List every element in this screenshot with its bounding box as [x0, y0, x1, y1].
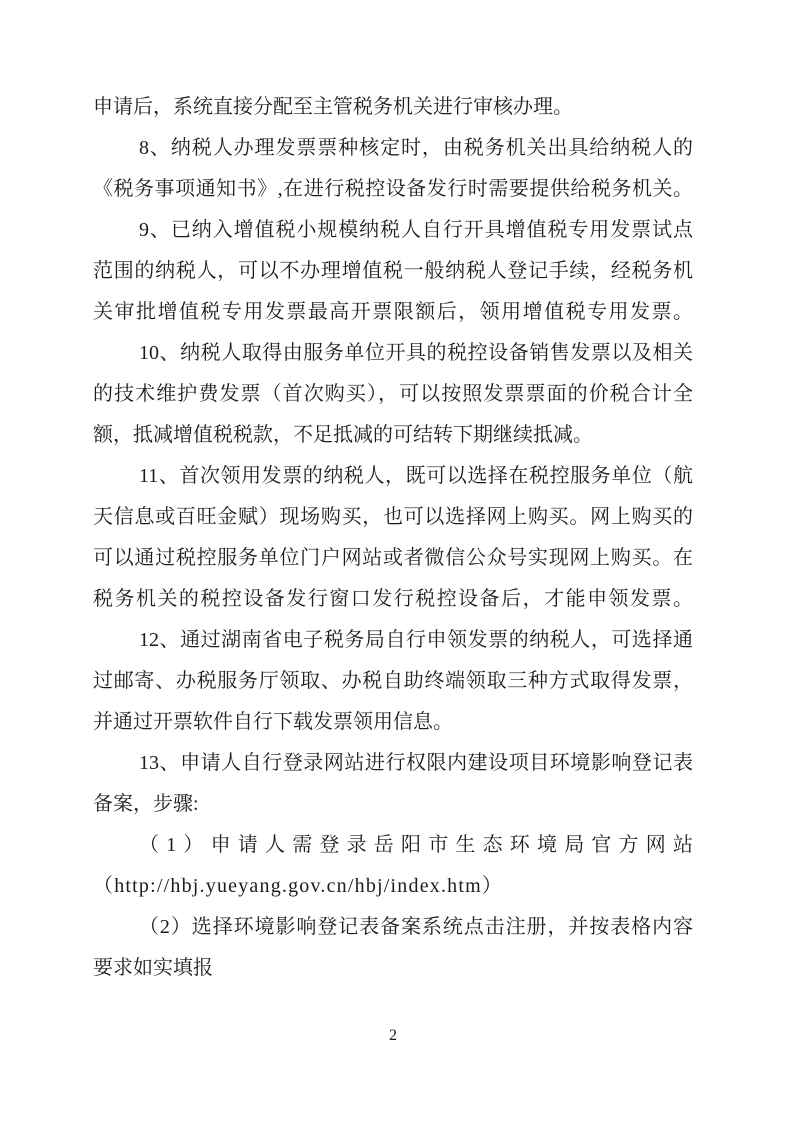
document-line: 10、纳税人取得由服务单位开具的税控设备销售发票以及相关: [93, 333, 693, 374]
document-line: 并通过开票软件自行下载发票领用信息。: [93, 702, 693, 743]
document-page: 申请后，系统直接分配至主管税务机关进行审核办理。 8、纳税人办理发票票种核定时，…: [0, 0, 793, 1122]
document-line: 天信息或百旺金赋）现场购买，也可以选择网上购买。网上购买的: [93, 497, 693, 538]
document-line: 8、纳税人办理发票票种核定时，由税务机关出具给纳税人的: [93, 128, 693, 169]
document-line: 的技术维护费发票（首次购买），可以按照发票票面的价税合计全: [93, 374, 693, 415]
document-line: 范围的纳税人，可以不办理增值税一般纳税人登记手续，经税务机: [93, 251, 693, 292]
document-line: 过邮寄、办税服务厅领取、办税自助终端领取三种方式取得发票，: [93, 661, 693, 702]
document-line: 要求如实填报: [93, 948, 693, 989]
document-line: 额，抵减增值税税款，不足抵减的可结转下期继续抵减。: [93, 415, 693, 456]
document-line: 《税务事项通知书》,在进行税控设备发行时需要提供给税务机关。: [93, 169, 693, 210]
document-line: 11、首次领用发票的纳税人，既可以选择在税控服务单位（航: [93, 456, 693, 497]
document-line: 关审批增值税专用发票最高开票限额后，领用增值税专用发票。: [93, 292, 693, 333]
page-number: 2: [93, 1026, 693, 1046]
document-line: （2）选择环境影响登记表备案系统点击注册，并按表格内容: [93, 907, 693, 948]
document-line-url: （http://hbj.yueyang.gov.cn/hbj/index.htm…: [93, 866, 693, 907]
document-line: （1）申请人需登录岳阳市生态环境局官方网站: [93, 825, 693, 866]
document-line: 12、通过湖南省电子税务局自行申领发票的纳税人，可选择通: [93, 620, 693, 661]
document-line: 13、申请人自行登录网站进行权限内建设项目环境影响登记表: [93, 743, 693, 784]
document-line: 税务机关的税控设备发行窗口发行税控设备后，才能申领发票。: [93, 579, 693, 620]
document-line: 9、已纳入增值税小规模纳税人自行开具增值税专用发票试点: [93, 210, 693, 251]
document-line: 备案，步骤:: [93, 784, 693, 825]
document-line: 可以通过税控服务单位门户网站或者微信公众号实现网上购买。在: [93, 538, 693, 579]
document-line: 申请后，系统直接分配至主管税务机关进行审核办理。: [93, 87, 693, 128]
document-body: 申请后，系统直接分配至主管税务机关进行审核办理。 8、纳税人办理发票票种核定时，…: [0, 0, 793, 1046]
